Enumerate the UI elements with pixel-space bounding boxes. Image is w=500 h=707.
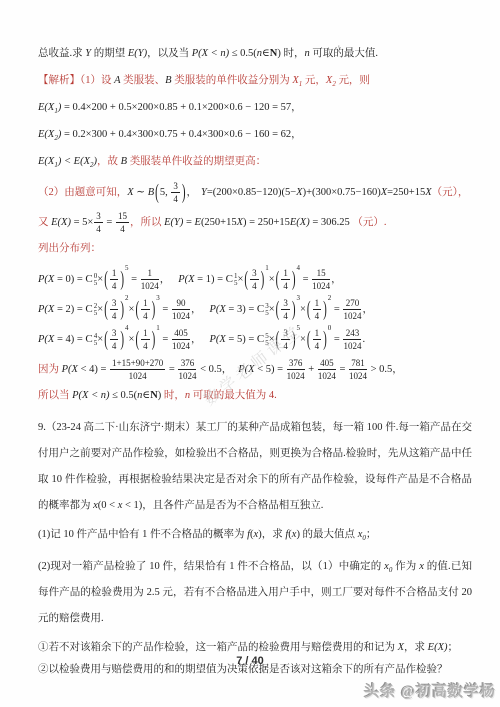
bottom-right-watermark: 头条 @初高数学杨 — [364, 680, 496, 701]
question9-paragraph: 9.（23-24 高二下·山东济宁·期末）某工厂的某种产品成箱包装，每一箱 10… — [38, 415, 472, 519]
p0-p1-line: P(X = 0) = C05×(14)5 = 11024，P(X = 1) = … — [38, 268, 472, 291]
analysis-header: 【解析】（1）设 A 类服装、B 类服装的单件收益分别为 X1 元，X2 元，则 — [38, 73, 472, 89]
stem-line: 总收益.求 Y 的期望 E(Y)，以及当 P(X < n) ≤ 0.5(n∈N)… — [38, 46, 472, 62]
because-line: 因为 P(X < 4) = 1+15+90+2701024 = 3761024 … — [38, 358, 472, 381]
part2-line: （2）由题意可知，X ∼ B(5, 34)，Y=(200×0.85−120)(5… — [38, 181, 472, 204]
ex2-formula: E(X2) = 0.2×300 + 0.4×300×0.75 + 0.4×300… — [38, 127, 472, 143]
page-number: 7 / 40 — [0, 655, 500, 667]
document-content: 总收益.求 Y 的期望 E(Y)，以及当 P(X < n) ≤ 0.5(n∈N)… — [38, 46, 472, 684]
q9-part1-line: (1)记 10 件产品中恰有 1 件不合格品的概率为 f(x)，求 f(x) 的… — [38, 527, 472, 543]
ex1-formula: E(X1) = 0.4×200 + 0.5×200×0.85 + 0.1×200… — [38, 100, 472, 116]
document-page: ' 数学老师课堂 总收益.求 Y 的期望 E(Y)，以及当 P(X < n) ≤… — [0, 0, 500, 707]
q9-sub1-line: ①若不对该箱余下的产品作检验，这一箱产品的检验费用与赔偿费用的和记为 X，求 E… — [38, 640, 472, 655]
q9-part2-paragraph: (2)现对一箱产品检验了 10 件，结果恰有 1 件不合格品，以（1）中确定的 … — [38, 554, 472, 632]
expectation-line: 又 E(X) = 5×34 = 154，所以 E(Y) = E(250+15X)… — [38, 211, 472, 234]
comparison-line: E(X1) < E(X2)，故 B 类服装单件收益的期望更高： — [38, 154, 472, 170]
p2-p3-line: P(X = 2) = C25×(34)2×(14)3 = 901024，P(X … — [38, 298, 472, 321]
conclusion-line: 所以当 P(X < n) ≤ 0.5(n∈N) 时，n 可取的最大值为 4. — [38, 388, 472, 404]
p4-p5-line: P(X = 4) = C45×(34)4×(14)1 = 4051024，P(X… — [38, 328, 472, 351]
distribution-label: 列出分布列： — [38, 241, 472, 257]
